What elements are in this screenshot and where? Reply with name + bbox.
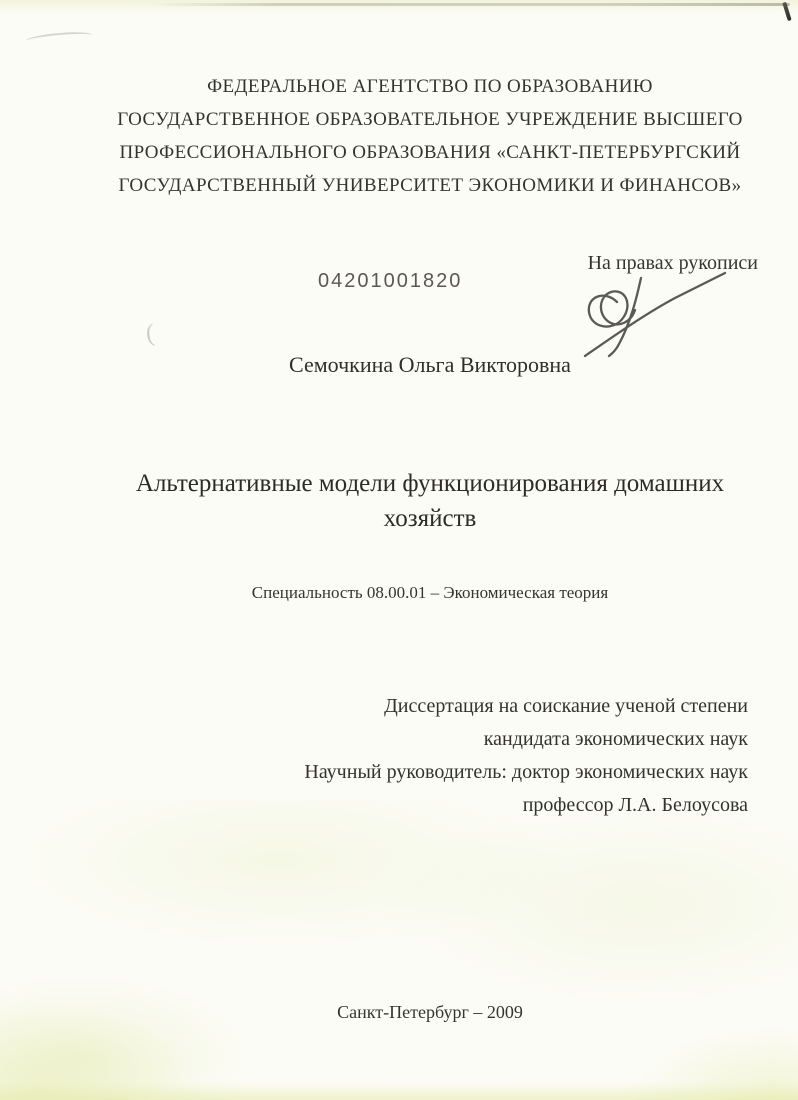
header-line: ФЕДЕРАЛЬНОЕ АГЕНТСТВО ПО ОБРАЗОВАНИЮ [60,70,798,103]
header-line: ГОСУДАРСТВЕННЫЙ УНИВЕРСИТЕТ ЭКОНОМИКИ И … [60,169,798,202]
pencil-smudge-mark [26,30,93,46]
header-line: ПРОФЕССИОНАЛЬНОГО ОБРАЗОВАНИЯ «САНКТ-ПЕТ… [60,136,798,169]
dissertation-line: профессор Л.А. Белоусова [304,789,748,822]
paren-artifact: ( [145,320,156,349]
registration-number-stamp: 04201001820 [318,270,462,293]
dissertation-line: Диссертация на соискание ученой степени [304,690,748,723]
dissertation-title-text: Альтернативные модели функционирования д… [110,466,750,536]
author-name: Семочкина Ольга Викторовна [60,352,798,378]
header-line: ГОСУДАРСТВЕННОЕ ОБРАЗОВАТЕЛЬНОЕ УЧРЕЖДЕН… [60,103,798,136]
scan-top-edge-line [150,3,790,6]
scan-bottom-right-tint [628,1025,798,1100]
dissertation-line: Научный руководитель: доктор экономическ… [304,756,748,789]
specialty-line: Специальность 08.00.01 – Экономическая т… [60,583,798,603]
dissertation-line: кандидата экономических наук [304,723,748,756]
dissertation-description: Диссертация на соискание ученой степени … [304,690,748,822]
scanned-title-page: ( ФЕДЕРАЛЬНОЕ АГЕНТСТВО ПО ОБРАЗОВАНИЮ Г… [0,0,798,1100]
handwritten-signature [575,266,735,361]
dissertation-title: Альтернативные модели функционирования д… [60,466,798,536]
institution-header: ФЕДЕРАЛЬНОЕ АГЕНТСТВО ПО ОБРАЗОВАНИЮ ГОС… [60,70,798,202]
city-year-line: Санкт-Петербург – 2009 [60,1002,798,1023]
